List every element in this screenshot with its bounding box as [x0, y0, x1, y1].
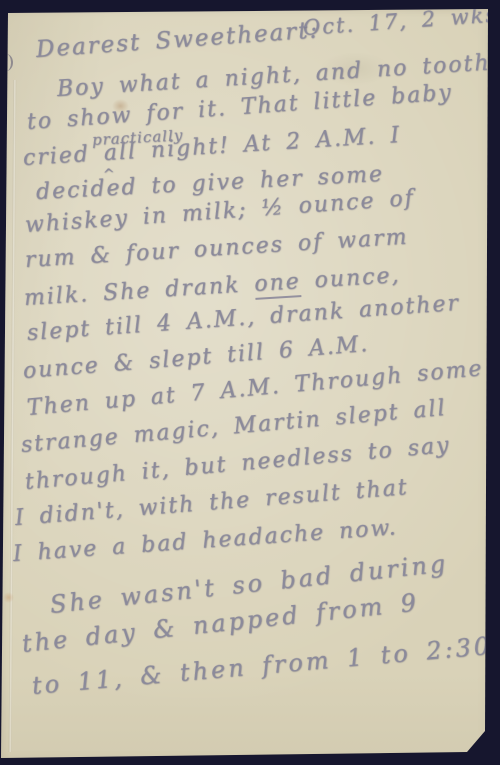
scan-background: Oct. 17, 2 wks Dearest Sweetheart: Boy w… [0, 0, 500, 765]
letter-page: Oct. 17, 2 wks Dearest Sweetheart: Boy w… [0, 0, 500, 765]
paper-stain [3, 592, 14, 603]
salutation: Dearest Sweetheart: [35, 17, 320, 63]
pencil-edge-mark [2, 54, 13, 71]
underline-post-text: ounce, [300, 263, 401, 294]
date-line: Oct. 17, 2 wks [302, 2, 499, 40]
underlined-word: one [254, 269, 302, 300]
underline-pre-text: milk. She drank [23, 272, 255, 311]
paper-crease [9, 80, 17, 752]
